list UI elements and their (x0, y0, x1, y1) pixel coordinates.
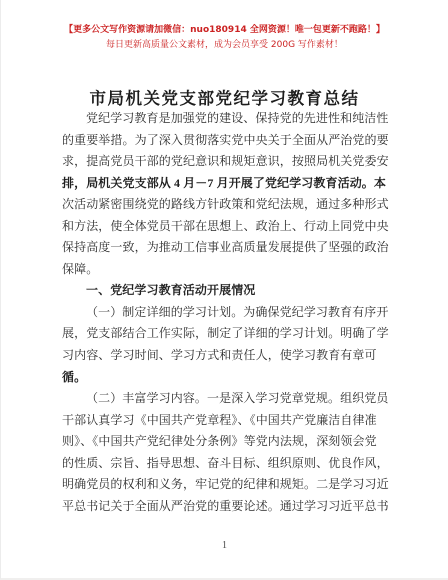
document-line: 的重要举措。为了深入贯彻落实党中央关于全面从严治党的要 (62, 130, 392, 152)
document-line: 排，局机关党支部从 4 月－7 月开展了党纪学习教育活动。本 (62, 173, 392, 195)
promo-banner-line1: 【更多公文写作资源请加微信：nuo180914 全网资源！唯一包更新不跑路！】 (1, 23, 448, 38)
document-line: 和方法，使全体党员干部在思想上、政治上、行动上同党中央 (62, 216, 392, 238)
document-line: （二）丰富学习内容。一是深入学习党章党规。组织党员 (62, 388, 392, 410)
document-line: 保持高度一致，为推动工信事业高质量发展提供了坚强的政治 (62, 237, 392, 259)
document-body: 党纪学习教育是加强党的建设、保持党的先进性和纯洁性的重要举措。为了深入贯彻落实党… (62, 108, 392, 517)
document-line: 求，提高党员干部的党纪意识和规矩意识，按照局机关党委安 (62, 151, 392, 173)
document-line: （一）制定详细的学习计划。为确保党纪学习教育有序开 (62, 302, 392, 324)
document-line: 平总书记关于全面从严治党的重要论述。通过学习习近平总书 (62, 496, 392, 518)
document-title: 市局机关党支部党纪学习教育总结 (1, 85, 448, 109)
document-line: 保障。 (62, 259, 392, 281)
document-line: 展，党支部结合工作实际，制定了详细的学习计划。明确了学 (62, 323, 392, 345)
document-page: 【更多公文写作资源请加微信：nuo180914 全网资源！唯一包更新不跑路！】 … (0, 0, 448, 580)
document-line: 干部认真学习《中国共产党章程》、《中国共产党廉洁自律准 (62, 410, 392, 432)
promo-banner-line2: 每日更新高质量公文素材，成为会员享受 200G 写作素材！ (1, 38, 448, 53)
document-line: 的性质、宗旨、指导思想、奋斗目标、组织原则、优良作风， (62, 453, 392, 475)
document-line: 次活动紧密围绕党的路线方针政策和党纪法规，通过多种形式 (62, 194, 392, 216)
page-number: 1 (1, 540, 448, 551)
document-line: 党纪学习教育是加强党的建设、保持党的先进性和纯洁性 (62, 108, 392, 130)
document-line: 则》、《中国共产党纪律处分条例》等党内法规，深刻领会党 (62, 431, 392, 453)
document-line: 循。 (62, 367, 392, 389)
document-line: 明确党员的权利和义务，牢记党的纪律和规矩。二是学习习近 (62, 474, 392, 496)
document-line: 习内容、学习时间、学习方式和责任人，使学习教育有章可 (62, 345, 392, 367)
section-heading: 一、党纪学习教育活动开展情况 (62, 280, 392, 302)
promo-banner: 【更多公文写作资源请加微信：nuo180914 全网资源！唯一包更新不跑路！】 … (1, 23, 448, 53)
